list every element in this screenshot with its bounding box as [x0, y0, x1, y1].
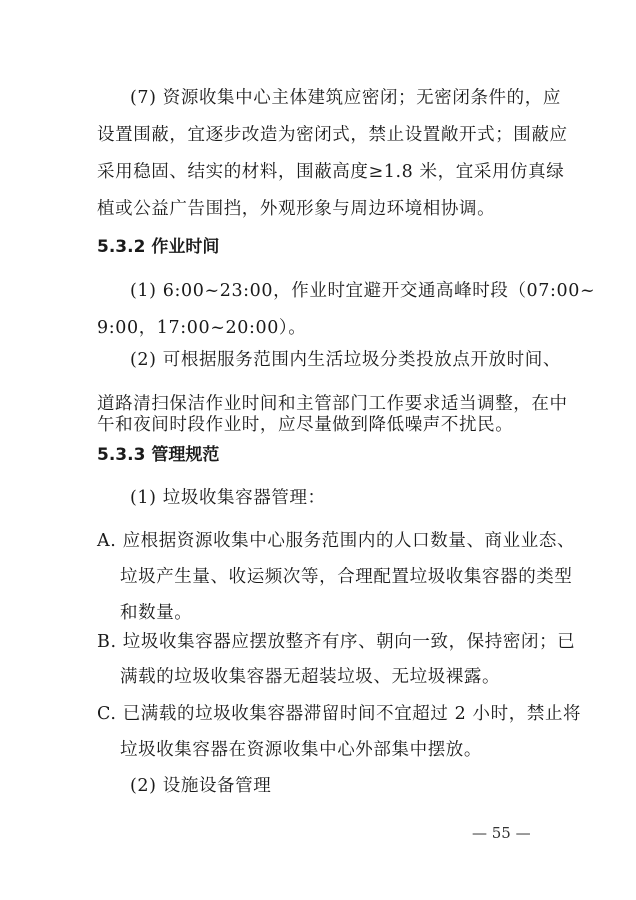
section-heading-5-3-2: 5.3.2 作业时间	[97, 232, 219, 257]
paragraph-7-line-3: 采用稳固、结实的材料，围蔽高度≥1.8 米，宜采用仿真绿	[97, 158, 564, 183]
work-time-item-1-line-2: 9:00，17:00~20:00）。	[97, 314, 306, 339]
management-item-1: (1) 垃圾收集容器管理：	[130, 484, 326, 509]
section-heading-5-3-3: 5.3.3 管理规范	[97, 440, 219, 465]
paragraph-7-line-4: 植或公益广告围挡，外观形象与周边环境相协调。	[97, 195, 495, 220]
management-item-2: (2) 设施设备管理	[130, 772, 271, 797]
item-a-line-1: A. 应根据资源收集中心服务范围内的人口数量、商业业态、	[97, 527, 575, 552]
paragraph-7-line-2: 设置围蔽，宜逐步改造为密闭式，禁止设置敞开式；围蔽应	[97, 121, 568, 146]
page-number: — 55 —	[472, 824, 531, 842]
item-c-line-1: C. 已满载的垃圾收集容器滞留时间不宜超过 2 小时，禁止将	[97, 700, 581, 725]
paragraph-7-line-1: (7) 资源收集中心主体建筑应密闭；无密闭条件的，应	[130, 84, 561, 109]
item-b-line-2: 满载的垃圾收集容器无超装垃圾、无垃圾裸露。	[120, 663, 500, 688]
item-a-line-2: 垃圾产生量、收运频次等，合理配置垃圾收集容器的类型	[120, 563, 573, 588]
work-time-item-2-line-1: (2) 可根据服务范围内生活垃圾分类投放点开放时间、	[130, 346, 561, 371]
work-time-item-2-line-3-final: 午和夜间时段作业时，应尽量做到降低噪声不扰民。	[97, 411, 513, 436]
item-a-line-3: 和数量。	[120, 599, 192, 624]
item-b-line-1: B. 垃圾收集容器应摆放整齐有序、朝向一致，保持密闭；已	[97, 628, 575, 653]
item-c-line-2: 垃圾收集容器在资源收集中心外部集中摆放。	[120, 736, 482, 761]
work-time-item-1-line-1: (1) 6:00~23:00，作业时宜避开交通高峰时段（07:00~	[130, 277, 595, 302]
